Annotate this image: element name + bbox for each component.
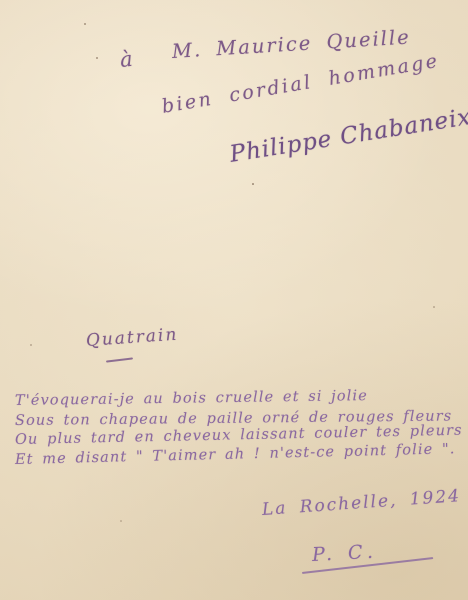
author-signature: Philippe Chabaneix [228, 104, 468, 168]
paper-speck [84, 23, 86, 25]
poem-title: Quatrain [85, 325, 179, 351]
poem-quatrain: T'évoquerai-je au bois cruelle et si jol… [15, 392, 463, 470]
poem-title-underline [106, 357, 133, 362]
dedication-recipient: M. Maurice Queille [171, 25, 411, 63]
paper-speck [433, 306, 435, 308]
place-date: La Rochelle, 1924 [261, 486, 461, 520]
dedication-salutation: à [119, 47, 134, 72]
paper-speck [96, 57, 98, 59]
manuscript-page: à M. Maurice Queille bien cordial hommag… [0, 0, 468, 600]
paper-speck [30, 344, 32, 346]
paper-speck [252, 183, 254, 185]
author-initials: P. C. [311, 541, 378, 566]
paper-speck [120, 520, 122, 522]
